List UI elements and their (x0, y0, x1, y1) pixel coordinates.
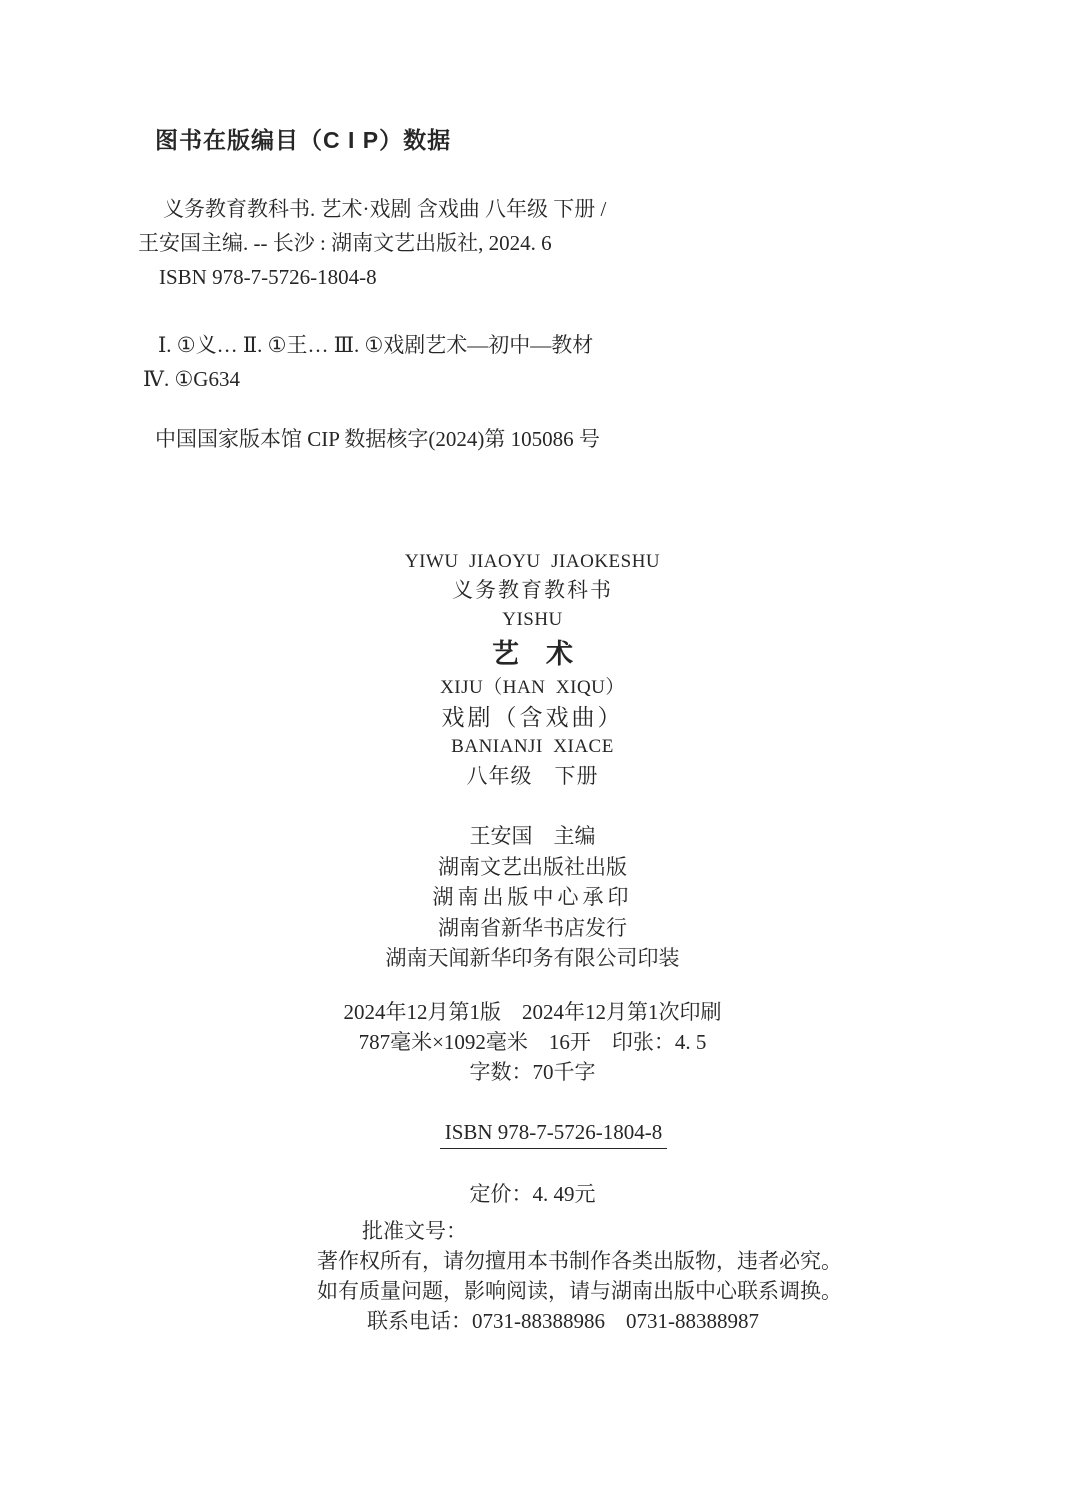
series-pinyin: YIWU JIAOYU JIAOKESHU (10, 547, 1055, 576)
format-line: 787毫米×1092毫米 16开 印张：4. 5 (10, 1027, 1055, 1057)
cip-classification-line: Ⅳ. ①G634 (138, 362, 778, 396)
print-company-line: 湖南天闻新华印务有限公司印装 (10, 943, 1055, 974)
cip-record-isbn: ISBN 978-7-5726-1804-8 (138, 260, 778, 294)
distributor-line: 湖南省新华书店发行 (10, 913, 1055, 944)
edition-line: 2024年12月第1版 2024年12月第1次印刷 (10, 997, 1055, 1027)
center-column: YIWU JIAOYU JIAOKESHU 义务教育教科书 YISHU 艺 术 … (10, 547, 1055, 1209)
book-title-pinyin: XIJU（HAN XIQU） (10, 674, 1055, 702)
book-title: 戏剧（含戏曲） (10, 702, 1055, 733)
price-line: 定价：4. 49元 (10, 1179, 1055, 1209)
series-name: 义务教育教科书 (10, 576, 1055, 605)
subject-pinyin: YISHU (10, 605, 1055, 634)
printer-line: 湖南出版中心承印 (10, 882, 1055, 913)
publisher-line: 湖南文艺出版社出版 (10, 852, 1055, 883)
cip-record: 义务教育教科书. 艺术·戏剧 含戏曲 八年级 下册 / 王安国主编. -- 长沙… (138, 192, 778, 294)
title-block: YIWU JIAOYU JIAOKESHU 义务教育教科书 YISHU 艺 术 … (10, 547, 1055, 791)
cip-heading: 图书在版编目（C I P）数据 (155, 126, 778, 154)
copyright-page: 图书在版编目（C I P）数据 义务教育教科书. 艺术·戏剧 含戏曲 八年级 下… (0, 0, 1065, 1508)
subject-title: 艺 术 (10, 634, 1055, 674)
cip-section: 图书在版编目（C I P）数据 义务教育教科书. 艺术·戏剧 含戏曲 八年级 下… (0, 0, 778, 456)
copyright-notice: 著作权所有，请勿擅用本书制作各类出版物，违者必究。 (317, 1246, 1065, 1276)
word-count-line: 字数：70千字 (10, 1057, 1055, 1087)
contact-phone-line: 联系电话：0731-88388986 0731-88388987 (317, 1306, 1065, 1336)
quality-notice: 如有质量问题，影响阅读，请与湖南出版中心联系调换。 (317, 1276, 1065, 1306)
publication-block: 王安国 主编 湖南文艺出版社出版 湖南出版中心承印 湖南省新华书店发行 湖南天闻… (10, 821, 1055, 974)
cip-registry-line: 中国国家版本馆 CIP 数据核字(2024)第 105086 号 (138, 422, 778, 456)
cip-classification-line: Ⅰ. ①义… Ⅱ. ①王… Ⅲ. ①戏剧艺术—初中—教材 (138, 328, 778, 362)
notice-block: 批准文号： 著作权所有，请勿擅用本书制作各类出版物，违者必究。 如有质量问题，影… (0, 1216, 1065, 1336)
isbn-number: ISBN 978-7-5726-1804-8 (440, 1117, 668, 1149)
isbn-line: ISBN 978-7-5726-1804-8 (10, 1087, 1055, 1179)
grade-pinyin: BANIANJI XIACE (10, 733, 1055, 761)
cip-classification: Ⅰ. ①义… Ⅱ. ①王… Ⅲ. ①戏剧艺术—初中—教材 Ⅳ. ①G634 (138, 328, 778, 396)
chief-editor: 王安国 主编 (10, 821, 1055, 852)
cip-record-line: 王安国主编. -- 长沙 : 湖南文艺出版社, 2024. 6 (138, 226, 778, 260)
approval-number-line: 批准文号： (317, 1216, 1065, 1246)
print-info-block: 2024年12月第1版 2024年12月第1次印刷 787毫米×1092毫米 1… (10, 997, 1055, 1209)
cip-record-line: 义务教育教科书. 艺术·戏剧 含戏曲 八年级 下册 / (138, 192, 778, 226)
grade-volume: 八年级 下册 (10, 761, 1055, 791)
